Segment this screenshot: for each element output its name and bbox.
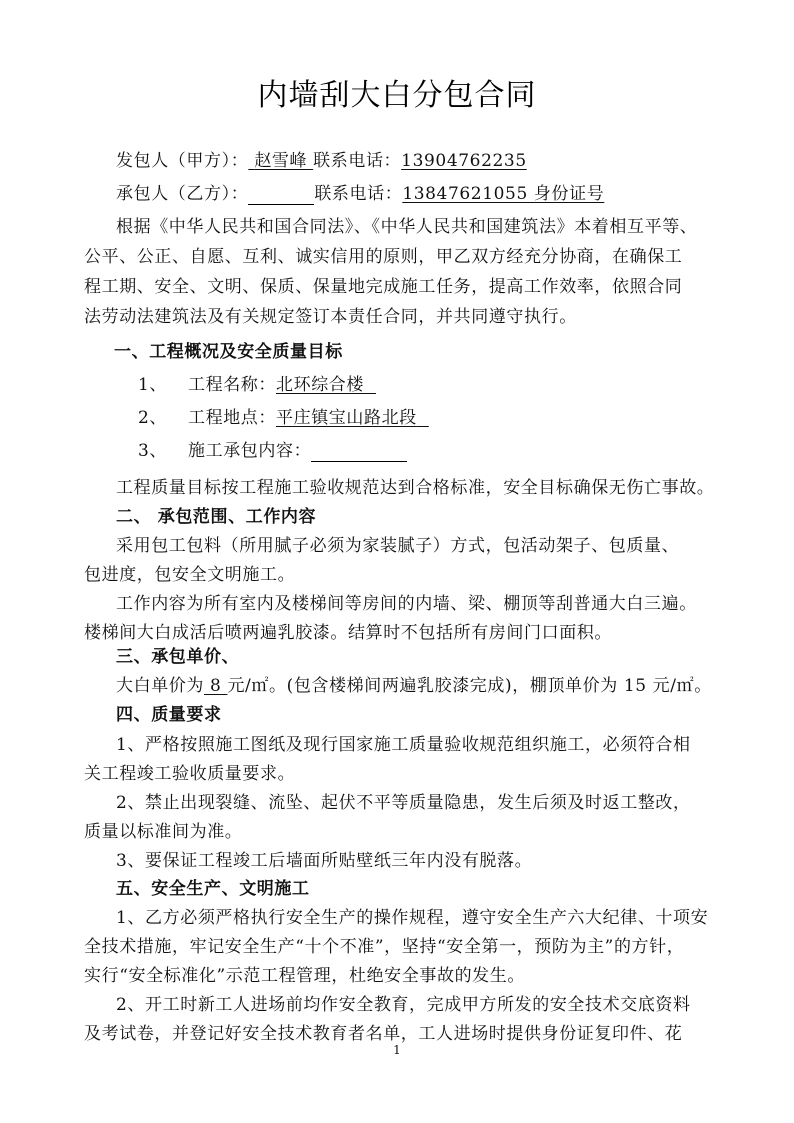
section-4-line: 质量以标准间为准。 (84, 821, 722, 843)
section-4-line: 3、要保证工程竣工后墙面所贴壁纸三年内没有脱落。 (84, 850, 754, 872)
party-a-phone-label: 联系电话： (313, 151, 401, 171)
section-1-heading: 一、工程概况及安全质量目标 (114, 341, 752, 363)
unit-price-line: 大白单价为 8 元/㎡。(包含楼梯间两遍乳胶漆完成)，棚顶单价为 15 元/㎡。 (84, 675, 754, 697)
section-5-line: 全技术措施，牢记安全生产“十个不准”，坚持“安全第一，预防为主”的方针， (84, 936, 722, 958)
party-a-label: 发包人（甲方）： (116, 151, 248, 171)
section-4-line: 2、禁止出现裂缝、流坠、起伏不平等质量隐患，发生后须及时返工整改， (84, 792, 754, 814)
section-2-line: 包进度，包安全文明施工。 (84, 564, 722, 586)
section-4-line: 1、严格按照施工图纸及现行国家施工质量验收规范组织施工，必须符合相 (84, 734, 754, 756)
intro-line: 法劳动法建筑法及有关规定签订本责任合同，并共同遵守执行。 (84, 306, 722, 328)
section-5-heading: 五、安全生产、文明施工 (84, 878, 754, 900)
party-b-phone-label: 联系电话： (314, 184, 402, 204)
intro-line: 根据《中华人民共和国合同法》、《中华人民共和国建筑法》本着相互平等、 (84, 216, 754, 238)
section-4-line: 关工程竣工验收质量要求。 (84, 763, 722, 785)
quality-goal: 工程质量目标按工程施工验收规范达到合格标准，安全目标确保无伤亡事故。 (84, 477, 754, 499)
project-name-value: 北环综合楼 (276, 375, 376, 395)
section-2-line: 采用包工包料（所用腻子必须为家装腻子）方式，包活动架子、包质量、 (84, 535, 754, 557)
party-b-label: 承包人（乙方）： (116, 184, 248, 204)
unit-price-value: 8 (204, 676, 227, 696)
section-5-line: 1、乙方必须严格执行安全生产的操作规程，遵守安全生产六大纪律、十项安 (84, 907, 754, 929)
party-b-phone: 13847621055 身份证号 (402, 184, 604, 204)
party-a-phone: 13904762235 (401, 151, 527, 171)
section-5-line: 及考试卷，并登记好安全技术教育者名单，工人进场时提供身份证复印件、花 (84, 1023, 722, 1045)
party-a-line: 发包人（甲方）： 赵雪峰 联系电话：13904762235 (84, 150, 754, 172)
party-b-line: 承包人（乙方）：联系电话：13847621055 身份证号 (84, 183, 754, 205)
intro-line: 公平、公正、自愿、互利、诚实信用的原则，甲乙双方经充分协商，在确保工 (84, 246, 722, 268)
section-5-line: 2、开工时新工人进场前均作安全教育，完成甲方所发的安全技术交底资料 (84, 994, 754, 1016)
document-title: 内墙刮大白分包合同 (0, 70, 794, 114)
section-4-heading: 四、质量要求 (84, 704, 754, 726)
party-a-name: 赵雪峰 (248, 151, 313, 171)
section-2-heading: 二、 承包范围、工作内容 (84, 506, 754, 528)
contract-content-blank (311, 444, 407, 462)
intro-line: 程工期、安全、文明、保质、保量地完成施工任务，提高工作效率，依照合同 (84, 276, 722, 298)
project-location-value: 平庄镇宝山路北段 (276, 408, 429, 428)
page-number: 1 (0, 1043, 794, 1057)
section-5-line: 实行“安全标准化”示范工程管理，杜绝安全事故的发生。 (84, 965, 722, 987)
project-name-item: 1、工程名称：北环综合楼 (138, 374, 776, 396)
section-2-line: 工作内容为所有室内及楼梯间等房间的内墙、梁、棚顶等刮普通大白三遍。 (84, 593, 754, 615)
project-location-item: 2、工程地点：平庄镇宝山路北段 (138, 407, 776, 429)
section-2-line: 楼梯间大白成活后喷两遍乳胶漆。结算时不包括所有房间门口面积。 (84, 622, 722, 644)
contract-content-item: 3、施工承包内容： (138, 440, 776, 462)
section-3-heading: 三、承包单价、 (84, 646, 754, 668)
party-b-name-blank (248, 187, 314, 205)
